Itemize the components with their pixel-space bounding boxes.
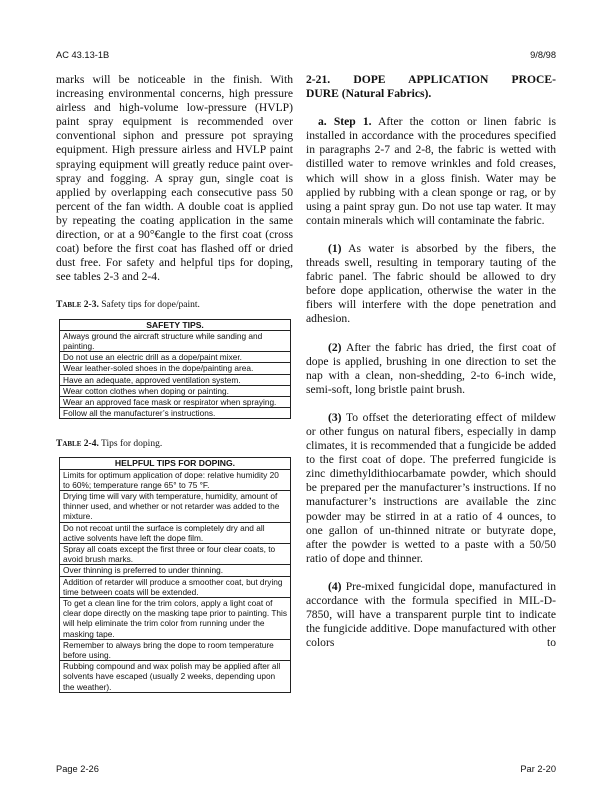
section-title-line2: DURE (Natural Fabrics).	[306, 87, 431, 100]
table-row: Drying time will vary with temperature, …	[60, 491, 291, 523]
table-cell: Wear leather-soled shoes in the dope/pai…	[60, 363, 291, 374]
table-row: Always ground the aircraft structure whi…	[60, 330, 291, 351]
table-row: Do not recoat until the surface is compl…	[60, 522, 291, 543]
table-row: Wear leather-soled shoes in the dope/pai…	[60, 363, 291, 374]
step-a-paragraph: a. Step 1. After the cotton or linen fab…	[306, 115, 556, 228]
table-caption-text: Safety tips for dope/paint.	[101, 300, 200, 310]
sub-3-lead: (3)	[328, 411, 342, 424]
table-row: Wear cotton clothes when doping or paint…	[60, 385, 291, 396]
left-column: marks will be noticeable in the finish. …	[56, 73, 293, 693]
table-cell: Do not use an electric drill as a dope/p…	[60, 352, 291, 363]
table-cell: Remember to always bring the dope to roo…	[60, 639, 291, 660]
table-cell: Drying time will vary with temperature, …	[60, 491, 291, 523]
sub-4-paragraph: (4) Pre-mixed fungicidal dope, manufactu…	[306, 580, 556, 650]
table-cell: Over thinning is preferred to under thin…	[60, 565, 291, 576]
step-a-lead: a. Step 1.	[318, 115, 372, 128]
intro-paragraph: marks will be noticeable in the finish. …	[56, 73, 293, 284]
table-cell: Do not recoat until the surface is compl…	[60, 522, 291, 543]
table-caption-text: Tips for doping.	[101, 439, 162, 449]
header-doc-id: AC 43.13-1B	[56, 50, 109, 60]
table-row: Spray all coats except the first three o…	[60, 544, 291, 565]
table-header: HELPFUL TIPS FOR DOPING.	[60, 458, 291, 469]
sub-2-lead: (2)	[328, 341, 342, 354]
table-number: 2-3.	[84, 300, 99, 310]
header-date: 9/8/98	[530, 50, 556, 60]
table-number: 2-4.	[84, 439, 99, 449]
section-title: 2-21. DOPE APPLICATION PROCE- DURE (Natu…	[306, 73, 556, 101]
safety-tips-table: SAFETY TIPS. Always ground the aircraft …	[59, 319, 291, 420]
table-cell: Limits for optimum application of dope: …	[60, 469, 291, 490]
table-2-3-caption: Table 2-3. Safety tips for dope/paint.	[56, 298, 293, 312]
sub-3-text: To offset the deteriorating effect of mi…	[306, 411, 556, 565]
table-cell: Rubbing compound and wax polish may be a…	[60, 661, 291, 693]
sub-1-paragraph: (1) As water is absorbed by the fibers, …	[306, 242, 556, 327]
table-row: Follow all the manufacturer’s instructio…	[60, 408, 291, 419]
table-row: Addition of retarder will produce a smoo…	[60, 576, 291, 597]
table-2-4-caption: Table 2-4. Tips for doping.	[56, 437, 293, 451]
right-column: 2-21. DOPE APPLICATION PROCE- DURE (Natu…	[306, 73, 556, 664]
table-header: SAFETY TIPS.	[60, 319, 291, 330]
table-cell: Always ground the aircraft structure whi…	[60, 330, 291, 351]
table-row: Do not use an electric drill as a dope/p…	[60, 352, 291, 363]
table-row: Wear an approved face mask or respirator…	[60, 396, 291, 407]
footer-page-number: Page 2-26	[56, 764, 99, 774]
step-a-text: After the cotton or linen fabric is inst…	[306, 115, 556, 227]
table-cell: Follow all the manufacturer’s instructio…	[60, 408, 291, 419]
table-label: Table	[56, 439, 81, 449]
table-cell: Wear an approved face mask or respirator…	[60, 396, 291, 407]
table-row: Over thinning is preferred to under thin…	[60, 565, 291, 576]
table-row: Rubbing compound and wax polish may be a…	[60, 661, 291, 693]
table-label: Table	[56, 300, 81, 310]
table-cell: Have an adequate, approved ventilation s…	[60, 374, 291, 385]
section-title-line1: 2-21. DOPE APPLICATION PROCE-	[306, 73, 556, 87]
sub-3-paragraph: (3) To offset the deteriorating effect o…	[306, 411, 556, 566]
table-cell: To get a clean line for the trim colors,…	[60, 598, 291, 640]
sub-2-text: After the fabric has dried, the first co…	[306, 341, 556, 396]
table-row: To get a clean line for the trim colors,…	[60, 598, 291, 640]
table-cell: Wear cotton clothes when doping or paint…	[60, 385, 291, 396]
footer-paragraph-ref: Par 2-20	[520, 764, 556, 774]
table-row: Remember to always bring the dope to roo…	[60, 639, 291, 660]
table-cell: Addition of retarder will produce a smoo…	[60, 576, 291, 597]
doping-tips-table: HELPFUL TIPS FOR DOPING. Limits for opti…	[59, 457, 291, 692]
table-row: Limits for optimum application of dope: …	[60, 469, 291, 490]
sub-4-text: Pre-mixed fungicidal dope, manufactured …	[306, 580, 556, 649]
sub-4-lead: (4)	[328, 580, 342, 593]
table-cell: Spray all coats except the first three o…	[60, 544, 291, 565]
sub-1-lead: (1)	[328, 242, 342, 255]
sub-1-text: As water is absorbed by the fibers, the …	[306, 242, 556, 325]
sub-2-paragraph: (2) After the fabric has dried, the firs…	[306, 341, 556, 397]
table-row: Have an adequate, approved ventilation s…	[60, 374, 291, 385]
